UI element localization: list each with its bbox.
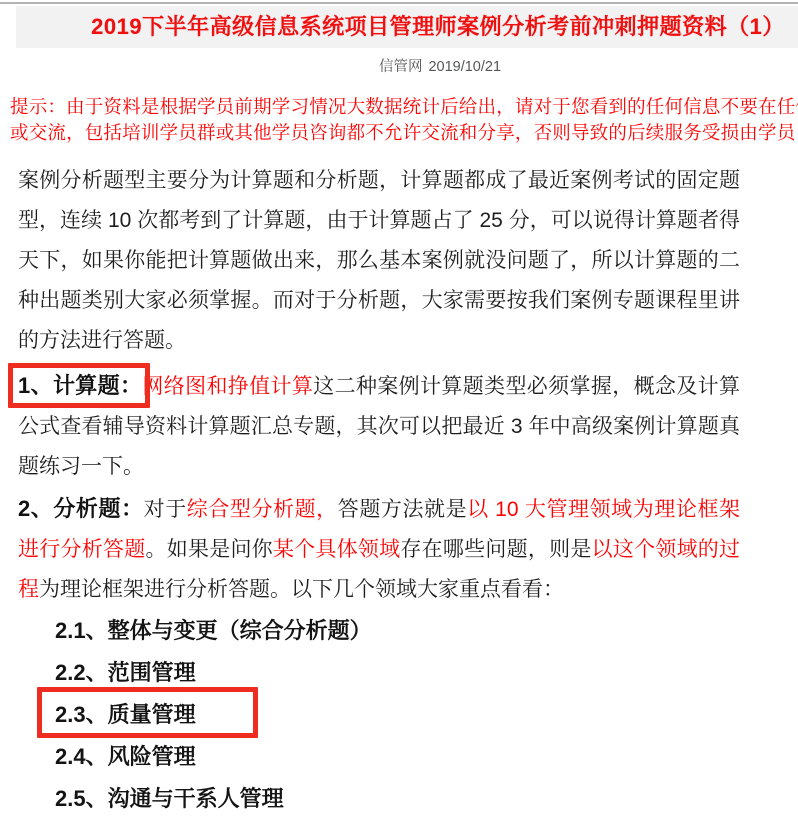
topic-item-risk: 2.4、风险管理 [55, 736, 755, 778]
byline: 信管网2019/10/21 [0, 55, 798, 76]
section2-seg-6: 存在哪些问题，则是 [400, 538, 591, 561]
top-divider [0, 2, 798, 4]
byline-date: 2019/10/21 [428, 59, 501, 75]
notice-line-1: 提示：由于资料是根据学员前期学习情况大数据统计后给出，请对于您看到的任何信息不要… [10, 94, 798, 120]
highlight-box-quality [37, 687, 258, 738]
section2-seg-4: 。如果是问你 [145, 538, 272, 561]
topic-item-communication: 2.5、沟通与干系人管理 [55, 778, 755, 820]
intro-paragraph: 案例分析题型主要分为计算题和分析题，计算题都成了最近案例考试的固定题型，连续 1… [18, 161, 740, 361]
notice-warning: 提示：由于资料是根据学员前期学习情况大数据统计后给出，请对于您看到的任何信息不要… [10, 94, 798, 146]
topic-item-integration: 2.1、整体与变更（综合分析题） [55, 610, 755, 652]
notice-line-2: 或交流，包括培训学员群或其他学员咨询都不允许交流和分享，否则导致的后续服务受损由… [10, 120, 798, 146]
page-title: 2019下半年高级信息系统项目管理师案例分析考前冲刺押题资料（1） [16, 6, 798, 48]
highlight-box-calculation [8, 363, 150, 408]
section2-seg-0: 对于 [144, 498, 187, 521]
section2-label: 2、分析题： [18, 496, 144, 521]
section2-seg-1: 综合型分析题， [187, 498, 338, 521]
title-bar: 2019下半年高级信息系统项目管理师案例分析考前冲刺押题资料（1） [16, 6, 798, 48]
section2-seg-8: 为理论框架进行分析答题。以下几个领域大家重点看看： [39, 578, 564, 601]
section1-highlight: 网络图和挣值计算 [142, 375, 313, 398]
byline-source: 信管网 [379, 59, 423, 75]
section2-seg-5: 某个具体领域 [273, 538, 400, 561]
section2-seg-2: 答题方法就是 [338, 498, 467, 521]
section-analysis: 2、分析题：对于综合型分析题，答题方法就是以 10 大管理领域为理论框架进行分析… [18, 489, 740, 610]
document-page: 2019下半年高级信息系统项目管理师案例分析考前冲刺押题资料（1） 信管网201… [0, 0, 798, 820]
